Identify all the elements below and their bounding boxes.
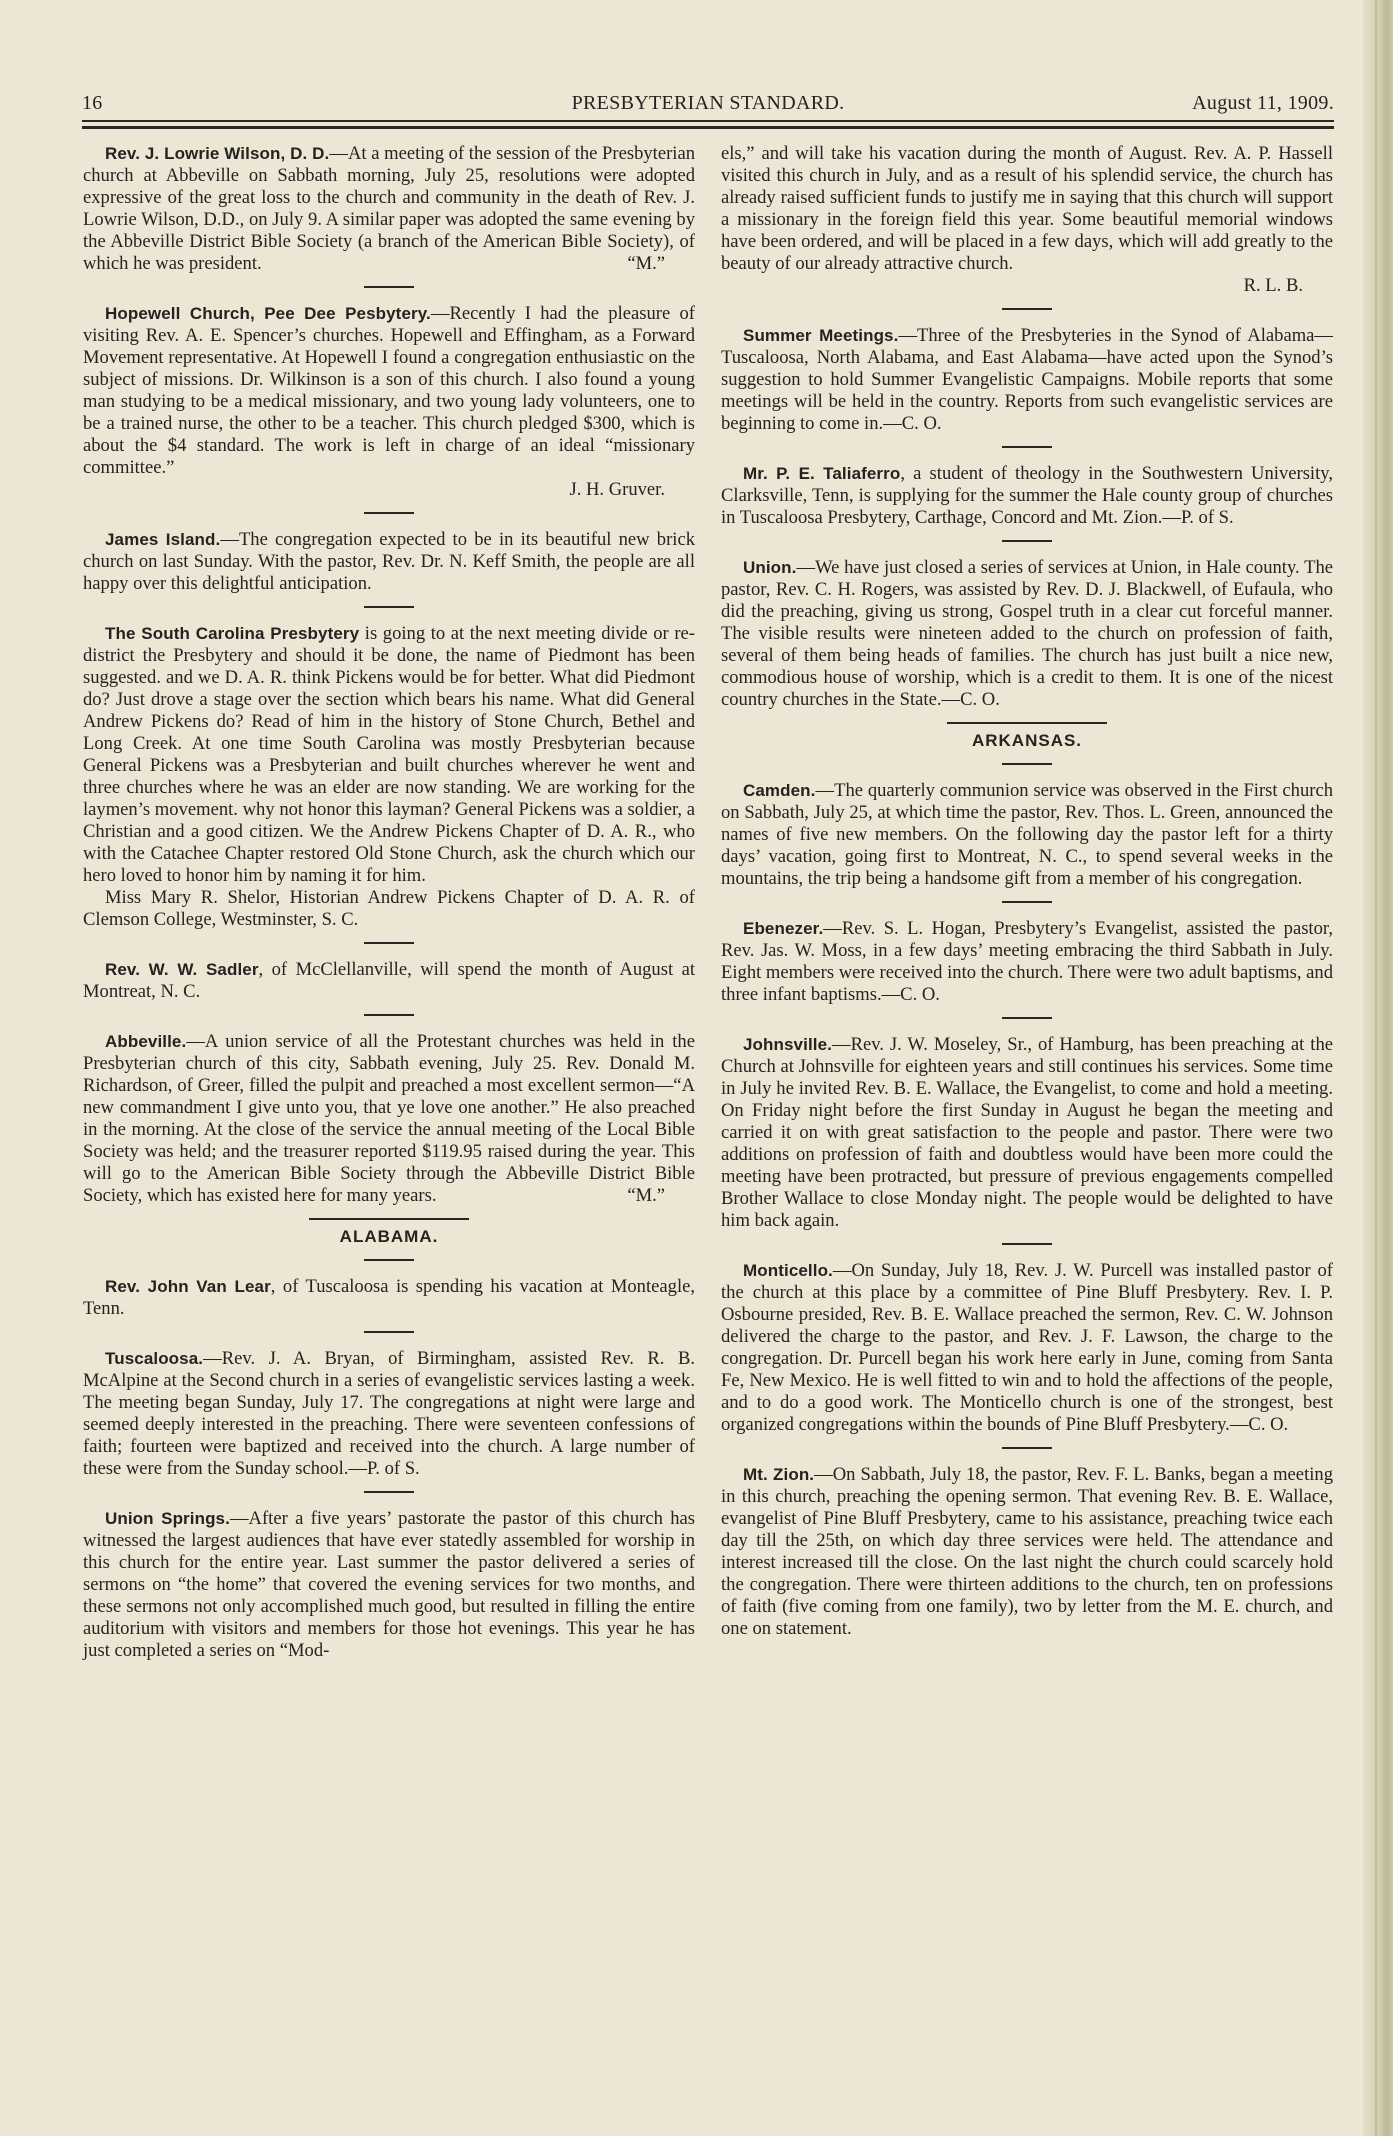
section-heading-arkansas: ARKANSAS. [721,730,1333,752]
article-hopewell: Hopewell Church, Pee Dee Pesbytery.—Rece… [83,303,695,501]
article-lead: Summer Meetings. [743,326,898,345]
article-south-carolina-presbytery: The South Carolina Presbytery is going t… [83,623,695,931]
article-lead: Union Springs. [105,1509,230,1528]
separator-rule [1002,1017,1052,1019]
article-union: Union.—We have just closed a series of s… [721,557,1333,711]
article-signature: J. H. Gruver. [83,479,695,501]
section-separator-rule [309,1218,469,1220]
separator-rule [364,1014,414,1016]
section-heading-alabama: ALABAMA. [83,1226,695,1248]
article-attribution: Miss Mary R. Shelor, Historian Andrew Pi… [83,887,695,931]
article-lead: Ebenezer. [743,919,823,938]
issue-date: August 11, 1909. [1192,92,1334,115]
header-double-rule [82,120,1334,129]
separator-rule [1002,1447,1052,1449]
article-wilson: Rev. J. Lowrie Wilson, D. D.—At a meetin… [83,143,695,275]
article-lead: Camden. [743,781,816,800]
article-body: —Recently I had the pleasure of visiting… [83,303,695,478]
article-lead: James Island. [105,530,220,549]
article-lead: Rev. W. W. Sadler [105,960,259,979]
article-lead: Abbeville. [105,1032,186,1051]
separator-rule [364,512,414,514]
article-johnsville: Johnsville.—Rev. J. W. Moseley, Sr., of … [721,1034,1333,1232]
separator-rule [1002,763,1052,765]
article-body: —A union service of all the Protestant c… [83,1031,695,1206]
article-body: —Rev. J. W. Moseley, Sr., of Hamburg, ha… [721,1034,1333,1231]
section-separator-rule [947,722,1107,724]
article-mt-zion: Mt. Zion.—On Sabbath, July 18, the pasto… [721,1464,1333,1640]
separator-rule [1002,308,1052,310]
article-body: —We have just closed a series of service… [721,557,1333,710]
article-lead: Johnsville. [743,1035,832,1054]
article-lead: Rev. J. Lowrie Wilson, D. D. [105,144,329,163]
article-signature: R. L. B. [721,275,1333,297]
article-lead: Monticello. [743,1261,833,1280]
article-union-springs: Union Springs.—After a five years’ pasto… [83,1508,695,1662]
article-lead: Mr. P. E. Taliaferro [743,464,900,483]
article-sadler: Rev. W. W. Sadler, of McClellanville, wi… [83,959,695,1003]
separator-rule [364,286,414,288]
article-lead: Mt. Zion. [743,1465,814,1484]
article-summer-meetings: Summer Meetings.—Three of the Presbyteri… [721,325,1333,435]
separator-rule [1002,901,1052,903]
left-column: Rev. J. Lowrie Wilson, D. D.—At a meetin… [83,143,695,1662]
article-lead: Rev. John Van Lear [105,1277,271,1296]
separator-rule [364,1331,414,1333]
separator-rule [1002,446,1052,448]
separator-rule [1002,1243,1052,1245]
article-body: —After a five years’ pastorate the pasto… [83,1508,695,1661]
separator-rule [1002,540,1052,542]
article-james-island: James Island.—The congregation expected … [83,529,695,595]
article-abbeville: Abbeville.—A union service of all the Pr… [83,1031,695,1207]
page-edge [1375,0,1377,2136]
article-body: els,” and will take his vacation during … [721,143,1333,275]
article-taliaferro: Mr. P. E. Taliaferro, a student of theol… [721,463,1333,529]
separator-rule [364,1259,414,1261]
article-body: —On Sunday, July 18, Rev. J. W. Purcell … [721,1260,1333,1435]
article-lead: Hopewell Church, Pee Dee Pesbytery. [105,304,431,323]
article-body: —On Sabbath, July 18, the pastor, Rev. F… [721,1464,1333,1639]
article-lead: Tuscaloosa. [105,1349,203,1368]
article-monticello: Monticello.—On Sunday, July 18, Rev. J. … [721,1260,1333,1436]
article-lead: Union. [743,558,796,577]
article-union-springs-continued: els,” and will take his vacation during … [721,143,1333,297]
separator-rule [364,1491,414,1493]
article-lead: The South Carolina Presbytery [105,624,359,643]
article-tuscaloosa: Tuscaloosa.—Rev. J. A. Bryan, of Birming… [83,1348,695,1480]
running-header: 16 PRESBYTERIAN STANDARD. August 11, 190… [82,92,1334,116]
separator-rule [364,942,414,944]
page-binding-shadow [1363,0,1393,2136]
article-van-lear: Rev. John Van Lear, of Tuscaloosa is spe… [83,1276,695,1320]
publication-title: PRESBYTERIAN STANDARD. [82,92,1334,115]
article-body: is going to at the next meeting divide o… [83,623,695,886]
separator-rule [364,606,414,608]
article-camden: Camden.—The quarterly communion service … [721,780,1333,890]
right-column: els,” and will take his vacation during … [721,143,1333,1640]
article-ebenezer: Ebenezer.—Rev. S. L. Hogan, Presbytery’s… [721,918,1333,1006]
